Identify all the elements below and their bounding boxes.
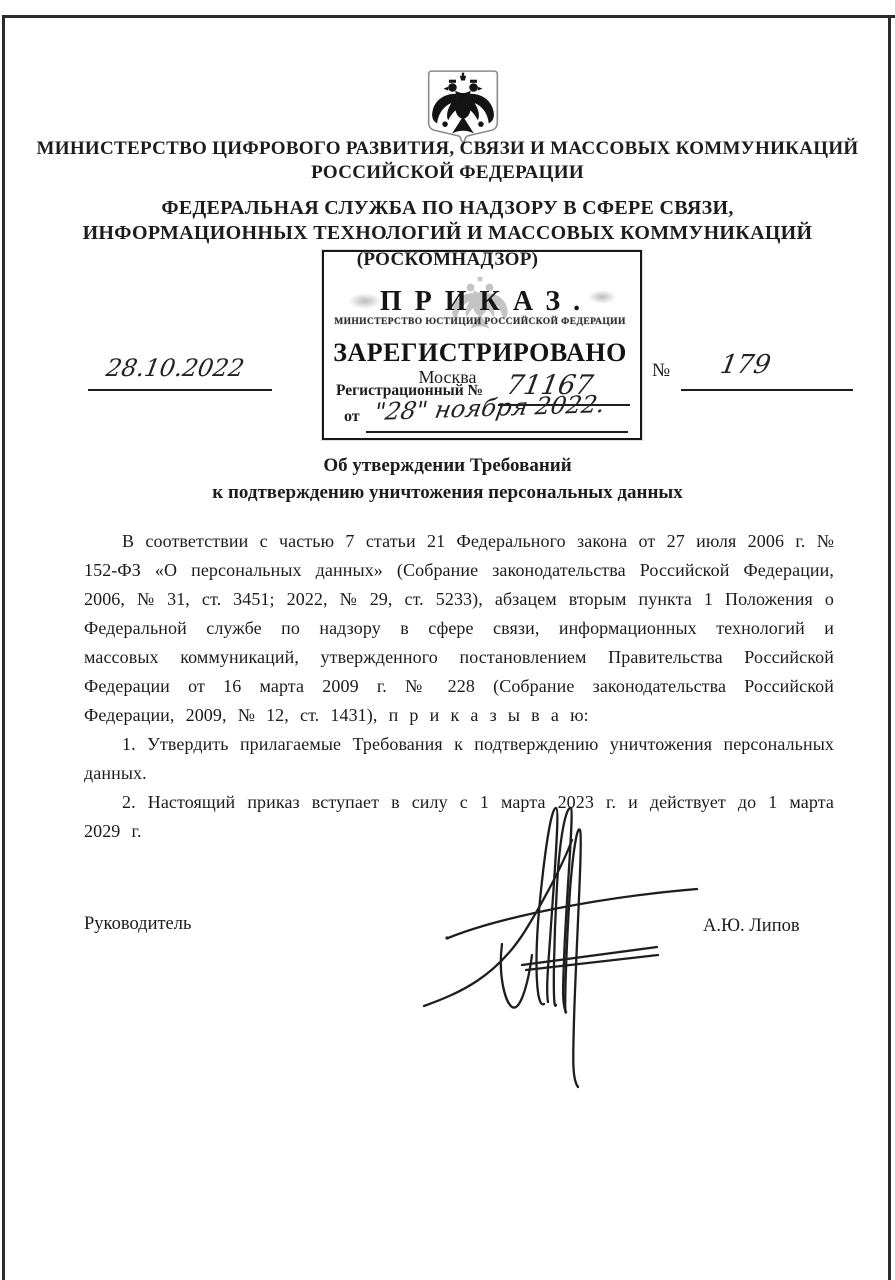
header-service-line2: ИНФОРМАЦИОННЫХ ТЕХНОЛОГИЙ И МАССОВЫХ КОМ… [0, 221, 895, 245]
scan-border-top [4, 15, 895, 18]
order-date-underline [88, 389, 272, 391]
stamp-registered-label: ЗАРЕГИСТРИРОВАНО [322, 338, 638, 368]
stamp-border-right [640, 250, 642, 440]
body-paragraph-2: 1. Утвердить прилагаемые Требования к по… [84, 730, 834, 788]
order-title-line1: Об утверждении Требований [0, 453, 895, 479]
header-ministry-line2: РОССИЙСКОЙ ФЕДЕРАЦИИ [0, 162, 895, 185]
order-number-label: № [652, 360, 670, 382]
order-date-handwritten: 28.10.2022 [104, 354, 246, 382]
stamp-reg-date-label: от [344, 408, 360, 426]
scanned-order-page: МИНИСТЕРСТВО ЦИФРОВОГО РАЗВИТИЯ, СВЯЗИ И… [0, 0, 895, 1280]
coat-of-arms-icon [424, 68, 502, 146]
order-number-underline [681, 389, 853, 391]
stamp-reg-date-underline [366, 431, 628, 433]
order-number-handwritten: 179 [718, 350, 773, 380]
stamp-issuer: МИНИСТЕРСТВО ЮСТИЦИИ РОССИЙСКОЙ ФЕДЕРАЦИ… [326, 317, 634, 327]
body-paragraph-1: В соответствии с частью 7 статьи 21 Феде… [84, 527, 834, 730]
order-title-line2: к подтверждению уничтожения персональных… [0, 480, 895, 506]
signer-position-title: Руководитель [84, 914, 191, 935]
header-ministry-line1: МИНИСТЕРСТВО ЦИФРОВОГО РАЗВИТИЯ, СВЯЗИ И… [0, 138, 895, 161]
handwritten-signature [400, 795, 720, 1095]
header-service-line1: ФЕДЕРАЛЬНАЯ СЛУЖБА ПО НАДЗОРУ В СФЕРЕ СВ… [0, 196, 895, 220]
doc-type-title: ПРИКАЗ. [322, 286, 638, 318]
